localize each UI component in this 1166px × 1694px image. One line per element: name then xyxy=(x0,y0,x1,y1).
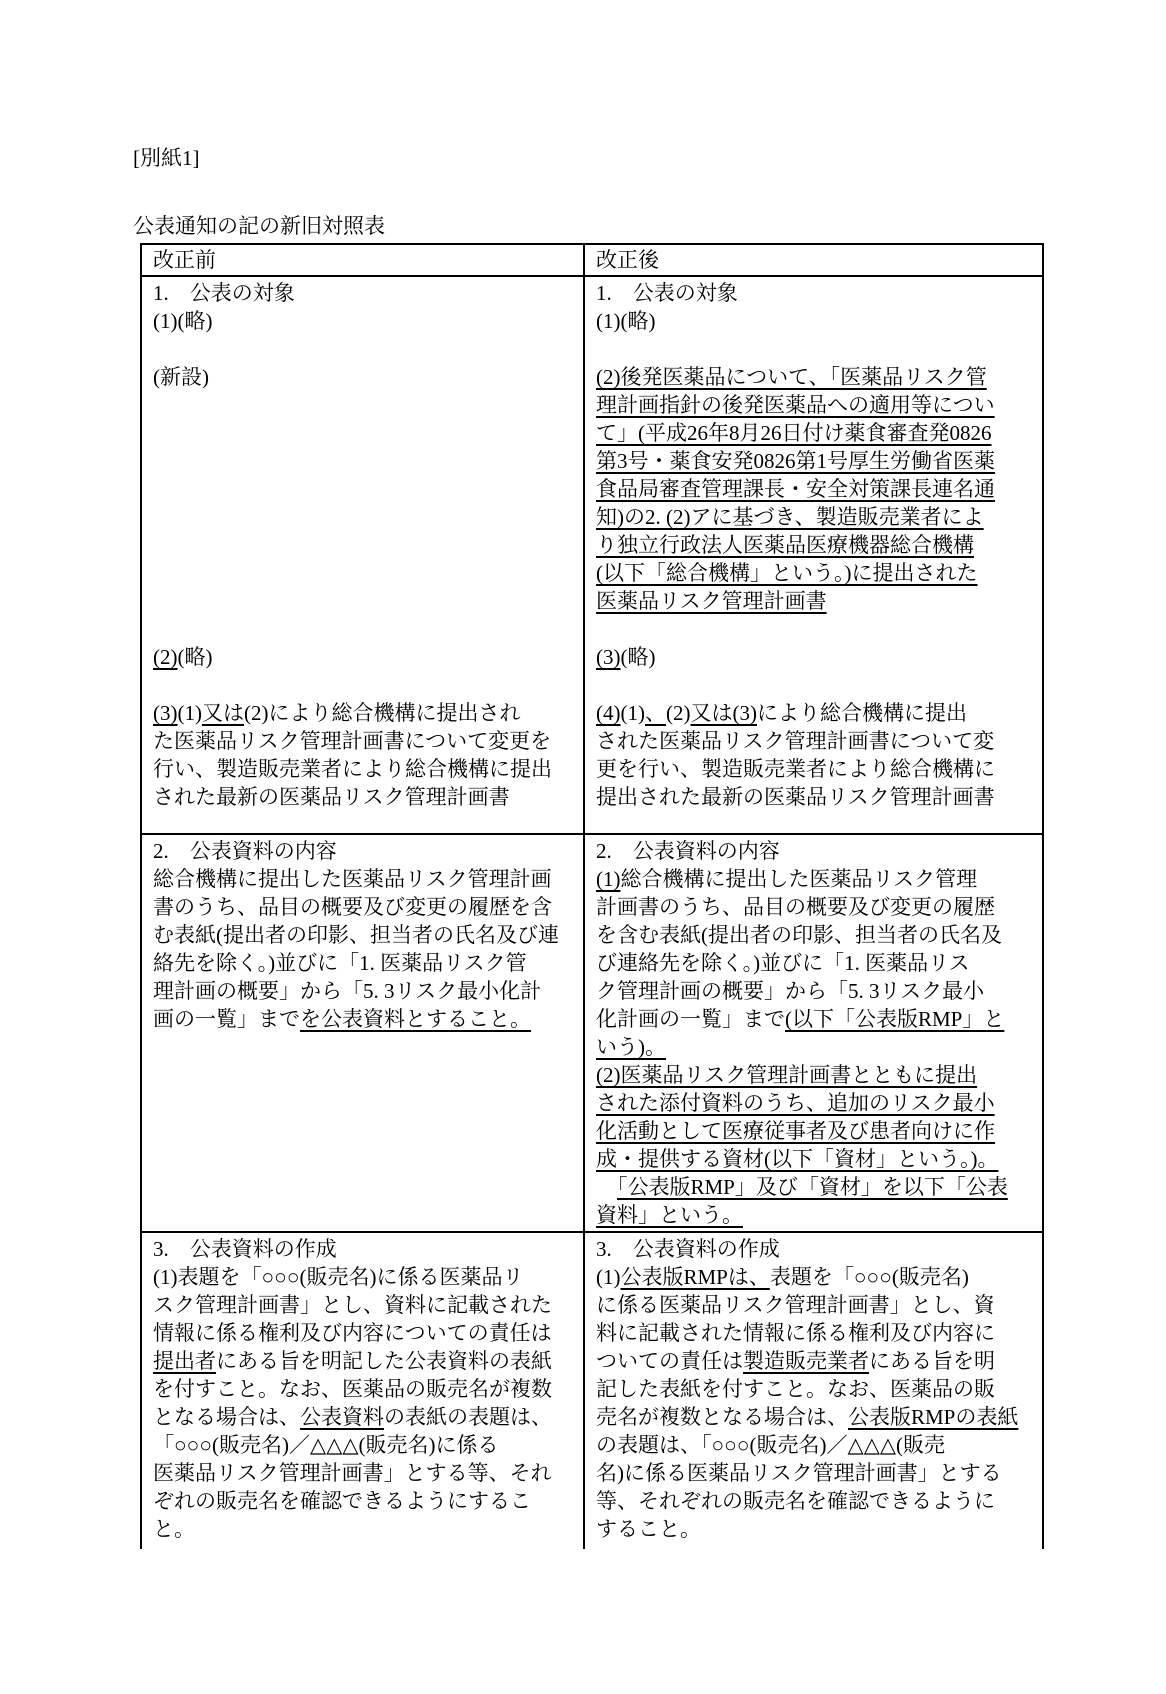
revised-text-segment: 提出者 xyxy=(153,1349,216,1373)
text-line xyxy=(153,335,577,363)
revised-text-segment: 製造販売業者 xyxy=(743,1349,869,1373)
text-segment: ついての責任は xyxy=(596,1349,743,1373)
text-line: む表紙(提出者の印影、担当者の氏名及び連 xyxy=(153,921,577,949)
text-segment: 総合機構に提出した医薬品リスク管理計画 xyxy=(153,867,552,891)
text-segment: にある旨を明記した公表資料の表紙 xyxy=(216,1349,552,1373)
text-segment: にある旨を明 xyxy=(869,1349,995,1373)
revised-text-segment: された添付資料のうち、追加のリスク最小 xyxy=(596,1091,995,1115)
text-segment: (2) xyxy=(666,701,691,725)
revised-text-segment: り独立行政法人医薬品医療機器総合機構 xyxy=(596,533,974,557)
text-line: すること。 xyxy=(596,1515,1036,1543)
text-segment: 等、それぞれの販売名を確認できるように xyxy=(596,1489,995,1513)
text-segment: (2)により総合機構に提出され xyxy=(244,701,521,725)
text-line: 理計画の概要」から「5. 3リスク最小化計 xyxy=(153,977,577,1005)
text-line: ぞれの販売名を確認できるようにするこ xyxy=(153,1487,577,1515)
table-row: 1. 公表の対象(1)(略)(新設)(2)(略)(3)(1)又は(2)により総合… xyxy=(141,276,1043,834)
column-header-after: 改正後 xyxy=(584,244,1043,276)
text-segment: 表題を「○○○(販売名) xyxy=(770,1265,969,1289)
text-line: 計画書のうち、品目の概要及び変更の履歴 xyxy=(596,893,1036,921)
text-line: 1. 公表の対象 xyxy=(596,279,1036,307)
revised-text-segment: (3) xyxy=(153,701,178,725)
text-line: (以下「総合機構」という。)に提出された xyxy=(596,559,1036,587)
text-line: ついての責任は製造販売業者にある旨を明 xyxy=(596,1347,1036,1375)
text-segment: 総合機構に提出した医薬品リスク管理 xyxy=(621,867,978,891)
text-line: (1)公表版RMPは、表題を「○○○(販売名) xyxy=(596,1263,1036,1291)
text-line: 理計画指針の後発医薬品への適用等につい xyxy=(596,391,1036,419)
page-title: 公表通知の記の新旧対照表 xyxy=(133,212,385,240)
comparison-table: 改正前 改正後 1. 公表の対象(1)(略)(新設)(2)(略)(3)(1)又は… xyxy=(140,243,1044,1549)
text-segment: された最新の医薬品リスク管理計画書 xyxy=(153,785,510,809)
text-line xyxy=(153,1145,577,1173)
text-segment: 画の一覧」まで xyxy=(153,1007,300,1031)
text-line: 情報に係る権利及び内容についての責任は xyxy=(153,1319,577,1347)
text-line xyxy=(153,587,577,615)
text-line: 「○○○(販売名)／△△△(販売名)に係る xyxy=(153,1431,577,1459)
text-segment: ぞれの販売名を確認できるようにするこ xyxy=(153,1489,531,1513)
text-line xyxy=(153,1173,577,1201)
text-line xyxy=(153,447,577,475)
text-segment: ク管理計画の概要」から「5. 3リスク最小 xyxy=(596,979,984,1003)
revised-text-segment: 食品局審査管理課長・安全対策課長連名通 xyxy=(596,477,995,501)
text-line: 医薬品リスク管理計画書 xyxy=(596,587,1036,615)
text-line xyxy=(153,1201,577,1229)
text-line: 提出者にある旨を明記した公表資料の表紙 xyxy=(153,1347,577,1375)
text-line: 総合機構に提出した医薬品リスク管理計画 xyxy=(153,865,577,893)
text-segment: の表紙の表題は、 xyxy=(384,1405,552,1429)
text-line xyxy=(596,335,1036,363)
text-segment: に係る医薬品リスク管理計画書」とし、資 xyxy=(596,1293,995,1317)
revised-text-segment: 「公表版RMP」及び「資材」を以下「公表 xyxy=(617,1175,1008,1199)
text-line: (1)総合機構に提出した医薬品リスク管理 xyxy=(596,865,1036,893)
text-segment: 更を行い、製造販売業者により総合機構に xyxy=(596,757,995,781)
text-line: (3)(1)又は(2)により総合機構に提出され xyxy=(153,699,577,727)
text-line: いう)。 xyxy=(596,1033,1036,1061)
text-line xyxy=(153,1033,577,1061)
cell-new: 1. 公表の対象(1)(略)(2)後発医薬品について、「医薬品リスク管理計画指針… xyxy=(584,276,1043,834)
text-line: び連絡先を除く。)並びに「1. 医薬品リス xyxy=(596,949,1036,977)
text-line: に係る医薬品リスク管理計画書」とし、資 xyxy=(596,1291,1036,1319)
text-segment: 行い、製造販売業者により総合機構に提出 xyxy=(153,757,552,781)
revised-text-segment: 公表版RMPの表紙 xyxy=(848,1405,1018,1429)
revised-text-segment: 又は xyxy=(202,701,244,725)
revised-text-segment: いう)。 xyxy=(596,1035,666,1059)
text-segment: 1. 公表の対象 xyxy=(596,281,738,305)
text-line xyxy=(153,419,577,447)
text-line xyxy=(153,671,577,699)
text-segment: (1) xyxy=(621,701,646,725)
text-line: 医薬品リスク管理計画書」とする等、それ xyxy=(153,1459,577,1487)
text-line: り独立行政法人医薬品医療機器総合機構 xyxy=(596,531,1036,559)
text-line: 更を行い、製造販売業者により総合機構に xyxy=(596,755,1036,783)
text-segment: すること。 xyxy=(596,1517,701,1541)
text-line: (1)表題を「○○○(販売名)に係る医薬品リ xyxy=(153,1263,577,1291)
text-segment: (1)(略) xyxy=(596,309,655,333)
text-line xyxy=(153,559,577,587)
text-line: 「公表版RMP」及び「資材」を以下「公表 xyxy=(596,1173,1036,1201)
text-segment: 売名が複数となる場合は、 xyxy=(596,1405,848,1429)
text-line: の表題は、「○○○(販売名)／△△△(販売 xyxy=(596,1431,1036,1459)
text-line: 行い、製造販売業者により総合機構に提出 xyxy=(153,755,577,783)
text-segment: 医薬品リスク管理計画書」とする等、それ xyxy=(153,1461,552,1485)
cell-old: 2. 公表資料の内容総合機構に提出した医薬品リスク管理計画書のうち、品目の概要及… xyxy=(141,834,584,1232)
revised-text-segment: を公表資料とすること。 xyxy=(300,1007,531,1031)
column-header-before: 改正前 xyxy=(141,244,584,276)
cell-new: 3. 公表資料の作成(1)公表版RMPは、表題を「○○○(販売名)に係る医薬品リ… xyxy=(584,1232,1043,1549)
text-line: (1)(略) xyxy=(153,307,577,335)
text-segment: (新設) xyxy=(153,365,209,389)
text-line: (2)(略) xyxy=(153,643,577,671)
revised-text-segment: 資料」という。 xyxy=(596,1203,743,1227)
text-line: 知)の2. (2)アに基づき、製造販売業者によ xyxy=(596,503,1036,531)
table-row: 3. 公表資料の作成(1)表題を「○○○(販売名)に係る医薬品リスク管理計画書」… xyxy=(141,1232,1043,1549)
text-line: ク管理計画の概要」から「5. 3リスク最小 xyxy=(596,977,1036,1005)
text-line: を含む表紙(提出者の印影、担当者の氏名及 xyxy=(596,921,1036,949)
text-segment: 理計画の概要」から「5. 3リスク最小化計 xyxy=(153,979,541,1003)
text-line: 成・提供する資材(以下「資材」という。)。 xyxy=(596,1145,1036,1173)
text-line: て」(平成26年8月26日付け薬食審査発0826 xyxy=(596,419,1036,447)
revised-text-segment: 知)の2. (2)アに基づき、製造販売業者によ xyxy=(596,505,984,529)
table-header-row: 改正前 改正後 xyxy=(141,244,1043,276)
text-line: 資料」という。 xyxy=(596,1201,1036,1229)
text-line: 絡先を除く。)並びに「1. 医薬品リスク管 xyxy=(153,949,577,977)
text-line: (2)後発医薬品について、「医薬品リスク管 xyxy=(596,363,1036,391)
text-segment: び連絡先を除く。)並びに「1. 医薬品リス xyxy=(596,951,970,975)
text-segment: (1) xyxy=(178,701,203,725)
text-segment: と。 xyxy=(153,1517,195,1541)
text-line: (4)(1)、(2)又は(3)により総合機構に提出 xyxy=(596,699,1036,727)
revised-text-segment: (2) xyxy=(153,645,178,669)
text-line xyxy=(153,615,577,643)
text-line: 2. 公表資料の内容 xyxy=(596,837,1036,865)
text-segment: む表紙(提出者の印影、担当者の氏名及び連 xyxy=(153,923,559,947)
text-line: を付すこと。なお、医薬品の販売名が複数 xyxy=(153,1375,577,1403)
text-line xyxy=(153,531,577,559)
text-segment: (略) xyxy=(621,645,656,669)
text-line: 3. 公表資料の作成 xyxy=(153,1235,577,1263)
text-line: 1. 公表の対象 xyxy=(153,279,577,307)
text-segment: 「○○○(販売名)／△△△(販売名)に係る xyxy=(153,1433,498,1457)
text-line: 提出された最新の医薬品リスク管理計画書 xyxy=(596,783,1036,811)
revised-text-segment: 化活動として医療従事者及び患者向けに作 xyxy=(596,1119,995,1143)
text-segment: を付すこと。なお、医薬品の販売名が複数 xyxy=(153,1377,552,1401)
text-segment: 記した表紙を付すこと。なお、医薬品の販 xyxy=(596,1377,995,1401)
text-segment: 書のうち、品目の概要及び変更の履歴を含 xyxy=(153,895,552,919)
text-line: された医薬品リスク管理計画書について変 xyxy=(596,727,1036,755)
text-segment: 提出された最新の医薬品リスク管理計画書 xyxy=(596,785,995,809)
text-segment: 3. 公表資料の作成 xyxy=(596,1237,780,1261)
text-line: (3)(略) xyxy=(596,643,1036,671)
text-line: となる場合は、公表資料の表紙の表題は、 xyxy=(153,1403,577,1431)
document-page: [別紙1] 公表通知の記の新旧対照表 改正前 改正後 1. 公表の対象(1)(略… xyxy=(0,0,1166,1694)
text-line: 2. 公表資料の内容 xyxy=(153,837,577,865)
text-segment xyxy=(596,1175,617,1199)
text-segment: 化計画の一覧」まで xyxy=(596,1007,785,1031)
revised-text-segment: (2)医薬品リスク管理計画書とともに提出 xyxy=(596,1063,977,1087)
text-segment: 3. 公表資料の作成 xyxy=(153,1237,337,1261)
comparison-table-body: 1. 公表の対象(1)(略)(新設)(2)(略)(3)(1)又は(2)により総合… xyxy=(141,276,1043,1549)
text-segment: 2. 公表資料の内容 xyxy=(596,839,780,863)
cell-new: 2. 公表資料の内容(1)総合機構に提出した医薬品リスク管理計画書のうち、品目の… xyxy=(584,834,1043,1232)
text-segment: を含む表紙(提出者の印影、担当者の氏名及 xyxy=(596,923,1002,947)
text-line xyxy=(596,615,1036,643)
text-line xyxy=(596,671,1036,699)
revised-text-segment: 第3号・薬食安発0826第1号厚生労働省医薬 xyxy=(596,449,995,473)
text-line xyxy=(153,391,577,419)
text-segment: された医薬品リスク管理計画書について変 xyxy=(596,729,994,753)
text-line: 料に記載された情報に係る権利及び内容に xyxy=(596,1319,1036,1347)
text-segment: 名)に係る医薬品リスク管理計画書」とする xyxy=(596,1461,1002,1485)
text-segment: 2. 公表資料の内容 xyxy=(153,839,337,863)
revised-text-segment: (以下「総合機構」という。)に提出された xyxy=(596,561,978,585)
text-line: 3. 公表資料の作成 xyxy=(596,1235,1036,1263)
text-segment: 1. 公表の対象 xyxy=(153,281,295,305)
text-line: 食品局審査管理課長・安全対策課長連名通 xyxy=(596,475,1036,503)
revised-text-segment: (4) xyxy=(596,701,621,725)
text-line xyxy=(153,1089,577,1117)
text-line: された最新の医薬品リスク管理計画書 xyxy=(153,783,577,811)
text-line: された添付資料のうち、追加のリスク最小 xyxy=(596,1089,1036,1117)
text-segment: 情報に係る権利及び内容についての責任は xyxy=(153,1321,552,1345)
text-line xyxy=(153,475,577,503)
revised-text-segment: 又は(3) xyxy=(691,701,758,725)
text-line xyxy=(153,1117,577,1145)
revised-text-segment: 公表資料 xyxy=(300,1405,384,1429)
text-line: 等、それぞれの販売名を確認できるように xyxy=(596,1487,1036,1515)
revised-text-segment: (2)後発医薬品について、「医薬品リスク管 xyxy=(596,365,987,389)
text-line: 画の一覧」までを公表資料とすること。 xyxy=(153,1005,577,1033)
text-line: 記した表紙を付すこと。なお、医薬品の販 xyxy=(596,1375,1036,1403)
revised-text-segment: 、 xyxy=(645,701,666,725)
text-line xyxy=(153,503,577,531)
text-segment: となる場合は、 xyxy=(153,1405,300,1429)
text-line: 売名が複数となる場合は、公表版RMPの表紙 xyxy=(596,1403,1036,1431)
text-segment: 絡先を除く。)並びに「1. 医薬品リスク管 xyxy=(153,951,527,975)
text-segment: により総合機構に提出 xyxy=(757,701,967,725)
text-line: スク管理計画書」とし、資料に記載された xyxy=(153,1291,577,1319)
text-segment: た医薬品リスク管理計画書について変更を xyxy=(153,729,551,753)
text-line: (2)医薬品リスク管理計画書とともに提出 xyxy=(596,1061,1036,1089)
text-line: (新設) xyxy=(153,363,577,391)
text-line: 名)に係る医薬品リスク管理計画書」とする xyxy=(596,1459,1036,1487)
text-line: 化活動として医療従事者及び患者向けに作 xyxy=(596,1117,1036,1145)
text-line: た医薬品リスク管理計画書について変更を xyxy=(153,727,577,755)
text-line: (1)(略) xyxy=(596,307,1036,335)
revised-text-segment: 医薬品リスク管理計画書 xyxy=(596,589,827,613)
attachment-tag: [別紙1] xyxy=(133,144,200,172)
text-segment: 計画書のうち、品目の概要及び変更の履歴 xyxy=(596,895,995,919)
cell-old: 1. 公表の対象(1)(略)(新設)(2)(略)(3)(1)又は(2)により総合… xyxy=(141,276,584,834)
revised-text-segment: 成・提供する資材(以下「資材」という。)。 xyxy=(596,1147,999,1171)
cell-old: 3. 公表資料の作成(1)表題を「○○○(販売名)に係る医薬品リスク管理計画書」… xyxy=(141,1232,584,1549)
revised-text-segment: 理計画指針の後発医薬品への適用等につい xyxy=(596,393,995,417)
text-segment: (1)表題を「○○○(販売名)に係る医薬品リ xyxy=(153,1265,524,1289)
revised-text-segment: (1) xyxy=(596,867,621,891)
revised-text-segment: (以下「公表版RMP」と xyxy=(785,1007,1004,1031)
revised-text-segment: 公表版RMPは、 xyxy=(621,1265,770,1289)
text-segment: の表題は、「○○○(販売名)／△△△(販売 xyxy=(596,1433,945,1457)
text-line: 第3号・薬食安発0826第1号厚生労働省医薬 xyxy=(596,447,1036,475)
text-segment: 料に記載された情報に係る権利及び内容に xyxy=(596,1321,995,1345)
text-line: 化計画の一覧」まで(以下「公表版RMP」と xyxy=(596,1005,1036,1033)
text-line: 書のうち、品目の概要及び変更の履歴を含 xyxy=(153,893,577,921)
text-segment: (1)(略) xyxy=(153,309,212,333)
text-segment: スク管理計画書」とし、資料に記載された xyxy=(153,1293,552,1317)
text-segment: (1) xyxy=(596,1265,621,1289)
table-row: 2. 公表資料の内容総合機構に提出した医薬品リスク管理計画書のうち、品目の概要及… xyxy=(141,834,1043,1232)
revised-text-segment: て」(平成26年8月26日付け薬食審査発0826 xyxy=(596,421,992,445)
revised-text-segment: (3) xyxy=(596,645,621,669)
text-line xyxy=(153,1061,577,1089)
text-segment: (略) xyxy=(178,645,213,669)
text-line: と。 xyxy=(153,1515,577,1543)
